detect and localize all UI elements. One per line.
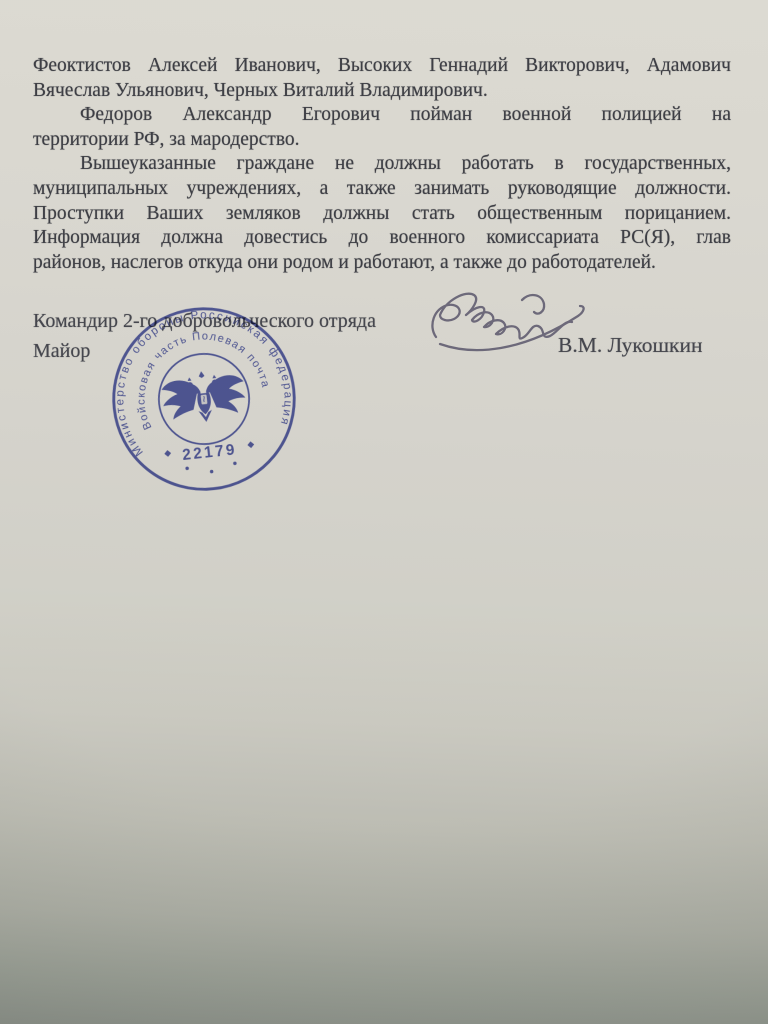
text-line: Проступки Ваших земляков должны стать об…	[33, 202, 731, 227]
military-unit-stamp: Министерство обороны Российская федераци…	[98, 293, 309, 504]
text-line: территории РФ, за мародерство.	[33, 128, 731, 153]
text-line: Вячеслав Ульянович, Черных Виталий Влади…	[33, 79, 731, 104]
text-line: Вышеуказанные граждане не должны работат…	[33, 152, 731, 177]
document-photo: Феоктистов Алексей Иванович, Высоких Ген…	[0, 0, 768, 1024]
text-line: районов, наслегов откуда они родом и раб…	[33, 251, 731, 276]
text-line: Информация должна довестись до военного …	[33, 226, 731, 251]
document-text: Феоктистов Алексей Иванович, Высоких Ген…	[33, 54, 731, 275]
stamp-unit-number: 22179	[182, 441, 238, 464]
text-line: Феоктистов Алексей Иванович, Высоких Ген…	[33, 54, 731, 79]
eagle-emblem-icon	[160, 367, 247, 426]
text-line: муниципальных учреждениях, а также заним…	[33, 177, 731, 202]
signature-scribble	[426, 282, 596, 366]
text-line: Федоров Александр Егорович пойман военно…	[33, 103, 731, 128]
